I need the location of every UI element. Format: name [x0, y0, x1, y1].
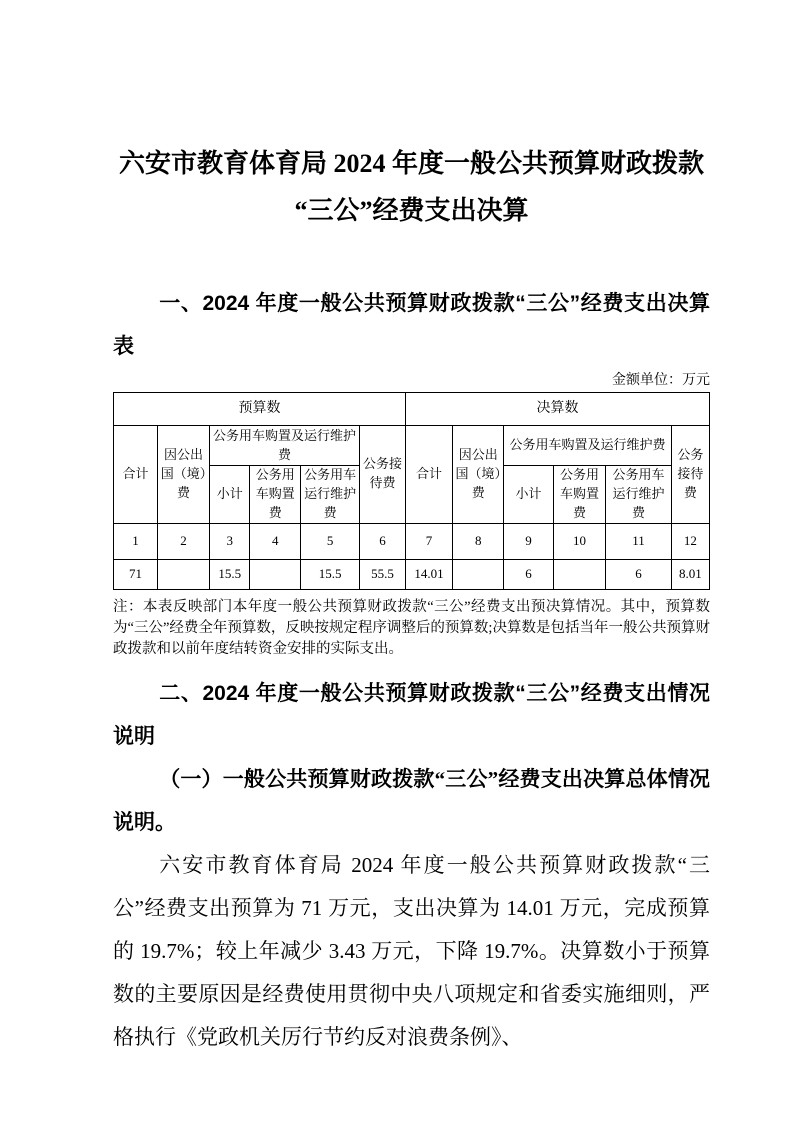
col-number-cell: 1	[114, 523, 158, 559]
value-cell-budget-abroad	[158, 559, 210, 589]
th-budget-maintenance: 公务用车运行维护费	[301, 466, 360, 524]
th-final-maintenance: 公务用车运行维护费	[606, 466, 672, 524]
col-number-cell: 2	[158, 523, 210, 559]
th-final-subtotal: 小计	[504, 466, 553, 524]
th-final-group: 决算数	[406, 393, 710, 426]
value-cell-budget-maintenance: 15.5	[301, 559, 360, 589]
th-budget-subtotal: 小计	[209, 466, 250, 524]
th-budget-vehicle-group: 公务用车购置及运行维护费	[209, 426, 359, 466]
amount-unit-label: 金额单位：万元	[113, 371, 710, 390]
document-title: 六安市教育体育局 2024 年度一般公共预算财政拨款“三公”经费支出决算	[113, 140, 710, 234]
value-cell-final-total: 14.01	[406, 559, 453, 589]
section2-heading: 二、2024 年度一般公共预算财政拨款“三公”经费支出情况说明	[113, 672, 710, 758]
th-final-total: 合计	[406, 426, 453, 524]
th-final-abroad: 因公出国（境）费	[453, 426, 504, 524]
section1-heading: 一、2024 年度一般公共预算财政拨款“三公”经费支出决算表	[113, 282, 710, 368]
value-cell-final-abroad	[453, 559, 504, 589]
three-public-expense-table: 预算数 决算数 合计 因公出国（境）费 公务用车购置及运行维护费 公务接待费 合…	[113, 392, 710, 590]
value-cell-final-maintenance: 6	[606, 559, 672, 589]
th-budget-total: 合计	[114, 426, 158, 524]
th-final-vehicle-group: 公务用车购置及运行维护费	[504, 426, 671, 466]
document-title-line2: “三公”经费支出决算	[294, 196, 528, 225]
value-cell-budget-purchase	[250, 559, 301, 589]
col-number-cell: 5	[301, 523, 360, 559]
section2-sub-heading: （一）一般公共预算财政拨款“三公”经费支出决算总体情况说明。	[113, 758, 710, 844]
col-number-cell: 12	[671, 523, 709, 559]
col-number-cell: 11	[606, 523, 672, 559]
th-budget-abroad: 因公出国（境）费	[158, 426, 210, 524]
value-cell-budget-subtotal: 15.5	[209, 559, 250, 589]
value-cell-final-subtotal: 6	[504, 559, 553, 589]
value-cell-final-purchase	[553, 559, 605, 589]
col-number-cell: 8	[453, 523, 504, 559]
col-number-cell: 4	[250, 523, 301, 559]
th-final-reception: 公务接待费	[671, 426, 709, 524]
col-number-cell: 7	[406, 523, 453, 559]
section2-paragraph: 六安市教育体育局 2024 年度一般公共预算财政拨款“三公”经费支出预算为 71…	[113, 844, 710, 1059]
th-budget-reception: 公务接待费	[360, 426, 406, 524]
value-cell-budget-total: 71	[114, 559, 158, 589]
col-number-cell: 3	[209, 523, 250, 559]
value-cell-budget-reception: 55.5	[360, 559, 406, 589]
th-final-purchase: 公务用车购置费	[553, 466, 605, 524]
th-budget-group: 预算数	[114, 393, 406, 426]
col-number-cell: 9	[504, 523, 553, 559]
th-budget-purchase: 公务用车购置费	[250, 466, 301, 524]
document-page: 六安市教育体育局 2024 年度一般公共预算财政拨款“三公”经费支出决算 一、2…	[0, 0, 793, 1122]
col-number-cell: 6	[360, 523, 406, 559]
table-note: 注：本表反映部门本年度一般公共预算财政拨款“三公”经费支出预决算情况。其中，预算…	[113, 597, 710, 660]
col-number-cell: 10	[553, 523, 605, 559]
document-title-line1: 六安市教育体育局 2024 年度一般公共预算财政拨款	[119, 149, 704, 178]
value-cell-final-reception: 8.01	[671, 559, 709, 589]
